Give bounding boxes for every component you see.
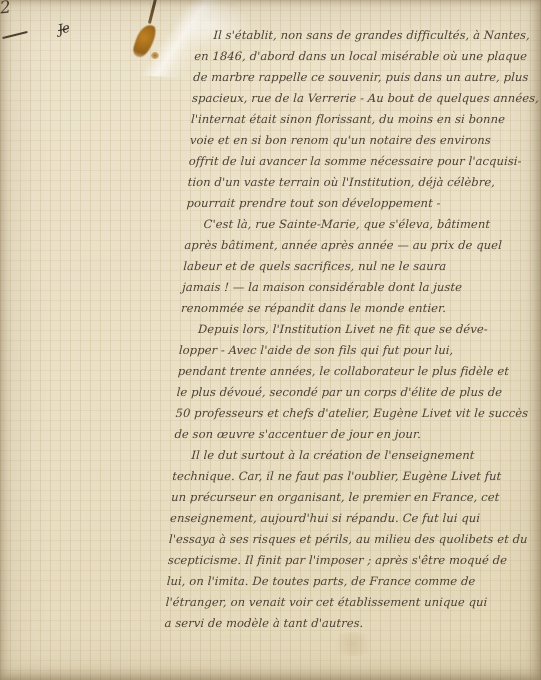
manuscript-line: le plus dévoué, secondé par un corps d'é… (176, 382, 537, 403)
manuscript-line: en 1846, d'abord dans un local misérable… (194, 46, 541, 67)
handwritten-text-block: Il s'établit, non sans de grandes diffic… (164, 25, 541, 634)
manuscript-line: tion d'un vaste terrain où l'Institution… (187, 172, 541, 193)
manuscript-line: de marbre rappelle ce souvenir, puis dan… (193, 67, 541, 88)
page-number: 2 (0, 0, 12, 19)
manuscript-line: enseignement, aujourd'hui si répandu. Ce… (170, 508, 531, 529)
manuscript-line: voie et en si bon renom qu'un notaire de… (189, 130, 541, 151)
manuscript-line: l'essaya à ses risques et périls, au mil… (168, 529, 529, 550)
manuscript-line: Depuis lors, l'Institution Livet ne fit … (179, 319, 540, 340)
manuscript-line: renommée se répandit dans le monde entie… (181, 298, 541, 319)
manuscript-line: Il le dut surtout à la création de l'ens… (173, 445, 534, 466)
manuscript-page: 2 Je Il s'établit, non sans de grandes d… (0, 0, 541, 680)
manuscript-line: lopper - Avec l'aide de son fils qui fut… (178, 340, 539, 361)
manuscript-line: lui, on l'imita. De toutes parts, de Fra… (166, 571, 527, 592)
bottom-smudge (330, 632, 376, 656)
rust-stain-dot (151, 52, 159, 59)
manuscript-line: 50 professeurs et chefs d'atelier, Eugèn… (175, 403, 536, 424)
manuscript-line: jamais ! — la maison considérable dont l… (182, 277, 541, 298)
manuscript-line: un précurseur en organisant, le premier … (171, 487, 532, 508)
manuscript-line: l'internat était sinon florissant, du mo… (190, 109, 541, 130)
manuscript-line: technique. Car, il ne faut pas l'oublier… (172, 466, 533, 487)
manuscript-line: scepticisme. Il finit par l'imposer ; ap… (167, 550, 528, 571)
manuscript-line: de son œuvre s'accentuer de jour en jour… (174, 424, 535, 445)
manuscript-line: spacieux, rue de la Verrerie - Au bout d… (192, 88, 541, 109)
manuscript-line: labeur et de quels sacrifices, nul ne le… (183, 256, 541, 277)
manuscript-line: pourrait prendre tout son développement … (186, 193, 541, 214)
manuscript-line: Il s'établit, non sans de grandes diffic… (195, 25, 541, 46)
manuscript-line: C'est là, rue Sainte-Marie, que s'éleva,… (185, 214, 541, 235)
manuscript-line: a servi de modèle à tant d'autres. (164, 613, 525, 634)
manuscript-line: l'étranger, on venait voir cet établisse… (165, 592, 526, 613)
manuscript-line: offrit de lui avancer la somme nécessair… (188, 151, 541, 172)
manuscript-line: pendant trente années, le collaborateur … (177, 361, 538, 382)
manuscript-line: après bâtiment, année après année — au p… (184, 235, 541, 256)
